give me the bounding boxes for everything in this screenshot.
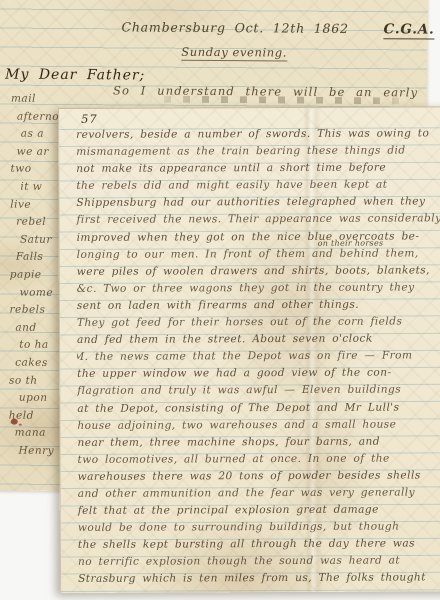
- dateline-place-date: Chambersburg Oct. 12th 1862: [121, 19, 348, 36]
- margin-fragment: cakes: [15, 355, 61, 373]
- margin-fragments-column: mail afternoo as a we ar two it w live r…: [8, 91, 63, 461]
- margin-fragment: it w: [20, 179, 62, 197]
- margin-fragment: papie: [10, 267, 62, 285]
- dateline: Chambersburg Oct. 12th 1862 C.G.A.: [121, 19, 434, 39]
- letter-body: revolvers, beside a number of swords. Th…: [59, 125, 440, 588]
- letter-page-2: 57 on their horses revolvers, beside a n…: [58, 106, 440, 593]
- letter-line: Shippensburg had our authorities telegra…: [76, 194, 440, 213]
- dateline-daytime: Sunday evening.: [181, 45, 287, 62]
- letter-line: first received the news. Their appearanc…: [76, 211, 440, 230]
- letter-line: not make its appearance until a short ti…: [76, 159, 440, 178]
- letter-line: two locomotives, all burned at once. In …: [77, 450, 440, 469]
- letter-line: house adjoining, two warehouses and a sm…: [77, 416, 440, 435]
- letter-line: revolvers, beside a number of swords. Th…: [76, 125, 440, 144]
- letter-line: the shells kept bursting all through the…: [78, 536, 440, 555]
- margin-fragment: and: [15, 319, 61, 337]
- letter-line: felt that at the principal explosion gre…: [78, 501, 440, 520]
- letter-line: &c. Two or three wagons they got in the …: [77, 279, 440, 298]
- letter-line: were piles of woolen drawers and shirts,…: [77, 262, 440, 281]
- letter-line: They got feed for their horses out of th…: [77, 313, 440, 332]
- margin-fragment: we ar: [17, 143, 63, 161]
- dateline-initials: C.G.A.: [383, 21, 434, 39]
- ink-blot: [11, 419, 18, 425]
- margin-fragment: as a: [21, 126, 63, 144]
- margin-fragment: rebel: [16, 214, 62, 232]
- margin-fragment: so th: [9, 372, 61, 390]
- margin-fragment: mail: [11, 91, 63, 109]
- salutation: My Dear Father;: [5, 67, 145, 84]
- page-number: 57: [81, 112, 98, 126]
- margin-fragment: mana: [15, 425, 61, 443]
- letter-line: sent on laden with firearms and other th…: [77, 296, 440, 315]
- letter-line: no terrific explosion though the sound w…: [78, 553, 440, 572]
- letter-scan: Chambersburg Oct. 12th 1862 C.G.A. Sunda…: [0, 0, 440, 600]
- margin-fragment: live: [10, 196, 62, 214]
- letter-line: flagration and truly it was awful — Elev…: [77, 382, 440, 401]
- letter-line: mismanagement as the train bearing these…: [76, 142, 440, 161]
- letter-line: P.M. the news came that the Depot was on…: [77, 347, 440, 366]
- letter-line: the upper window we had a good view of t…: [77, 365, 440, 384]
- margin-fragment: Henry: [18, 443, 60, 461]
- margin-fragment: wome: [20, 284, 62, 302]
- letter-line: at the Depot, consisting of The Depot an…: [77, 399, 440, 418]
- letter-line: longing to our men. In front of them and…: [77, 245, 440, 264]
- margin-fragment: Satur: [20, 231, 62, 249]
- letter-line: improved when they got on the nice blue …: [77, 228, 440, 247]
- letter-line: would be done to surrounding buildings, …: [78, 518, 440, 537]
- margin-fragment: upon: [19, 390, 61, 408]
- margin-fragment: to ha: [19, 337, 61, 355]
- margin-fragment: two: [10, 161, 62, 179]
- letter-line: warehouses there was 20 tons of powder b…: [78, 467, 440, 486]
- margin-fragment: Falls: [16, 249, 62, 267]
- letter-line: and other ammunition and the fear was ve…: [78, 484, 440, 503]
- margin-fragment: rebels: [9, 302, 61, 320]
- letter-line: and fed them in the street. About seven …: [77, 330, 440, 349]
- letter-line: Strasburg which is ten miles from us, Th…: [78, 570, 440, 589]
- partial-hidden-line: [145, 96, 415, 105]
- letter-line: the rebels did and might easily have bee…: [76, 177, 440, 196]
- margin-fragment: afternoo: [17, 108, 63, 126]
- letter-line: near them, three machine shops, four bar…: [77, 433, 440, 452]
